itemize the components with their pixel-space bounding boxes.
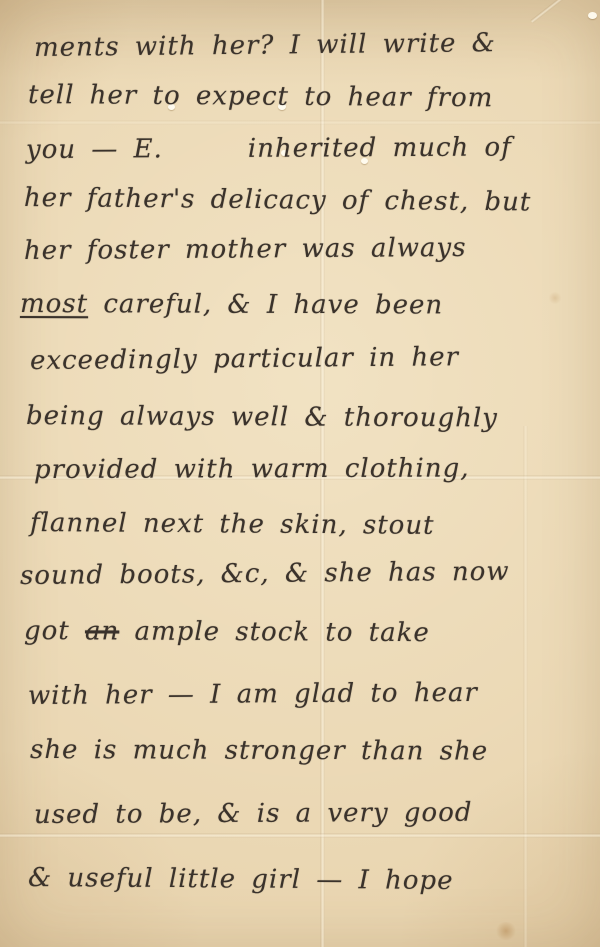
letter-text: inherited much of: [248, 132, 512, 163]
letter-text: got: [24, 616, 85, 646]
letter-line: she is much stronger than she: [30, 735, 488, 767]
letter-text: flannel next the skin, stout: [30, 508, 435, 541]
letter-line: her foster mother was always: [24, 233, 467, 266]
letter-text: careful, & I have been: [88, 289, 443, 320]
letter-text: most: [20, 289, 88, 319]
letter-line: ments with her? I will write &: [34, 28, 496, 63]
letter-text: ments with her? I will write &: [34, 28, 496, 63]
letter-text: her foster mother was always: [24, 233, 467, 266]
letter-text: an: [85, 616, 119, 646]
letter-text: & useful little girl — I hope: [28, 863, 454, 896]
letter-line: provided with warm clothing,: [34, 453, 470, 485]
letter-text: provided with warm clothing,: [34, 453, 470, 485]
letter-page: ments with her? I will write &tell her t…: [0, 0, 600, 947]
letter-line: being always well & thoroughly: [26, 401, 498, 433]
letter-line: flannel next the skin, stout: [30, 508, 435, 541]
letter-text: used to be, & is a very good: [34, 798, 473, 830]
letter-body: ments with her? I will write &tell her t…: [0, 0, 600, 947]
letter-line: & useful little girl — I hope: [28, 863, 454, 896]
letter-text: she is much stronger than she: [30, 735, 488, 767]
letter-text: her father's delicacy of chest, but: [24, 183, 532, 217]
letter-text: you — E.: [26, 134, 163, 165]
letter-line: you — E.inherited much of: [26, 132, 512, 165]
letter-line: used to be, & is a very good: [34, 798, 473, 830]
letter-text: tell her to expect to hear from: [28, 80, 494, 113]
letter-text: exceedingly particular in her: [30, 342, 459, 376]
letter-line: with her — I am glad to hear: [28, 678, 478, 711]
blank-gap: [163, 156, 248, 157]
letter-line: tell her to expect to hear from: [28, 80, 494, 113]
letter-text: being always well & thoroughly: [26, 401, 498, 433]
letter-text: with her — I am glad to hear: [28, 678, 478, 711]
letter-text: sound boots, &c, & she has now: [20, 557, 510, 591]
letter-line: sound boots, &c, & she has now: [20, 557, 510, 591]
letter-line: exceedingly particular in her: [30, 342, 459, 376]
letter-line: most careful, & I have been: [20, 289, 443, 320]
letter-line: her father's delicacy of chest, but: [24, 183, 532, 217]
letter-line: got an ample stock to take: [24, 616, 430, 648]
letter-text: ample stock to take: [119, 616, 430, 648]
